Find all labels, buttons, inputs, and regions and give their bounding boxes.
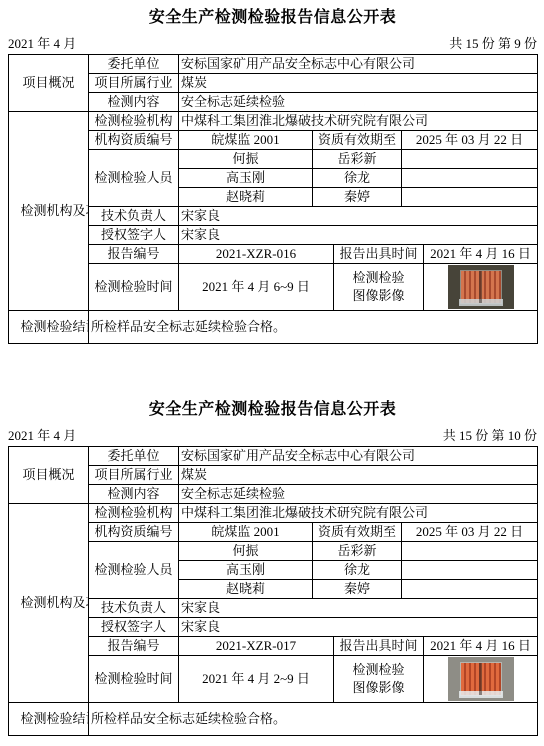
- image-label-line1: 检测检验: [336, 661, 421, 679]
- table-row: 项目概况 委托单位 安标国家矿用产品安全标志中心有限公司: [9, 447, 538, 466]
- table-row: 授权签字人 宋家良: [9, 226, 538, 245]
- page: 安全生产检测检验报告信息公开表 2021 年 4 月 共 15 份 第 9 份 …: [0, 0, 544, 746]
- client-label: 委托单位: [89, 55, 179, 74]
- staff-name: 赵晓莉: [179, 188, 313, 207]
- staff-name: 岳彩新: [313, 150, 402, 169]
- table-row: 机构资质编号 皖煤监 2001 资质有效期至 2025 年 03 月 22 日: [9, 131, 538, 150]
- report-copies: 共 15 份 第 9 份: [449, 36, 537, 52]
- qual-no-value: 皖煤监 2001: [179, 131, 313, 150]
- org-label: 检测检验机构: [89, 504, 179, 523]
- staff-name: 高玉刚: [179, 169, 313, 188]
- org-value: 中煤科工集团淮北爆破技术研究院有限公司: [179, 112, 538, 131]
- table-row: 检测检验时间 2021 年 4 月 6~9 日 检测检验 图像影像: [9, 264, 538, 311]
- report-table: 项目概况 委托单位 安标国家矿用产品安全标志中心有限公司 项目所属行业 煤炭 检…: [8, 54, 538, 344]
- staff-empty: [402, 561, 538, 580]
- staff-name: 赵晓莉: [179, 580, 313, 599]
- org-value: 中煤科工集团淮北爆破技术研究院有限公司: [179, 504, 538, 523]
- qual-no-label: 机构资质编号: [89, 131, 179, 150]
- signer-label: 授权签字人: [89, 618, 179, 637]
- report-copies: 共 15 份 第 10 份: [443, 428, 537, 444]
- org-label: 检测检验机构: [89, 112, 179, 131]
- photo-cell: [424, 656, 538, 703]
- report-no-label: 报告编号: [89, 637, 179, 656]
- qual-valid-label: 资质有效期至: [313, 131, 402, 150]
- table-row: 检测检验人员 何振 岳彩新: [9, 150, 538, 169]
- report-table: 项目概况 委托单位 安标国家矿用产品安全标志中心有限公司 项目所属行业 煤炭 检…: [8, 446, 538, 736]
- qual-valid-value: 2025 年 03 月 22 日: [402, 523, 538, 542]
- report-no-label: 报告编号: [89, 245, 179, 264]
- conclusion-value: 所检样品安全标志延续检验合格。: [89, 703, 538, 736]
- report-meta: 2021 年 4 月 共 15 份 第 10 份: [8, 428, 537, 444]
- issue-date-label: 报告出具时间: [334, 637, 424, 656]
- staff-name: 秦婷: [313, 188, 402, 207]
- table-row: 报告编号 2021-XZR-016 报告出具时间 2021 年 4 月 16 日: [9, 245, 538, 264]
- table-row: 机构资质编号 皖煤监 2001 资质有效期至 2025 年 03 月 22 日: [9, 523, 538, 542]
- table-row: 检测检验人员 何振 岳彩新: [9, 542, 538, 561]
- staff-label: 检测检验人员: [89, 542, 179, 599]
- industry-label: 项目所属行业: [89, 466, 179, 485]
- sample-photo: [448, 657, 514, 701]
- table-row: 检测检验时间 2021 年 4 月 2~9 日 检测检验 图像影像: [9, 656, 538, 703]
- table-row: 检测内容 安全标志延续检验: [9, 485, 538, 504]
- image-label: 检测检验 图像影像: [334, 656, 424, 703]
- test-time-label: 检测检验时间: [89, 264, 179, 311]
- qual-valid-value: 2025 年 03 月 22 日: [402, 131, 538, 150]
- table-row: 项目所属行业 煤炭: [9, 74, 538, 93]
- content-label: 检测内容: [89, 93, 179, 112]
- report-block-2: 安全生产检测检验报告信息公开表 2021 年 4 月 共 15 份 第 10 份…: [8, 400, 537, 736]
- staff-empty: [402, 150, 538, 169]
- staff-name: 秦婷: [313, 580, 402, 599]
- staff-name: 何振: [179, 150, 313, 169]
- section-project-label: 项目概况: [21, 74, 77, 92]
- table-row: 报告编号 2021-XZR-017 报告出具时间 2021 年 4 月 16 日: [9, 637, 538, 656]
- tech-lead-label: 技术负责人: [89, 207, 179, 226]
- section-agency-label: 检测机构及项目组情况: [21, 594, 77, 612]
- staff-empty: [402, 188, 538, 207]
- photo-cell: [424, 264, 538, 311]
- tech-lead-label: 技术负责人: [89, 599, 179, 618]
- table-row: 检测机构及项目组情况 检测检验机构 中煤科工集团淮北爆破技术研究院有限公司: [9, 112, 538, 131]
- report-month: 2021 年 4 月: [8, 428, 76, 444]
- report-title: 安全生产检测检验报告信息公开表: [8, 8, 537, 28]
- report-block-1: 安全生产检测检验报告信息公开表 2021 年 4 月 共 15 份 第 9 份 …: [8, 8, 537, 344]
- content-value: 安全标志延续检验: [179, 93, 538, 112]
- industry-label: 项目所属行业: [89, 74, 179, 93]
- table-row: 项目所属行业 煤炭: [9, 466, 538, 485]
- image-label: 检测检验 图像影像: [334, 264, 424, 311]
- signer-value: 宋家良: [179, 618, 538, 637]
- tech-lead-value: 宋家良: [179, 207, 538, 226]
- staff-empty: [402, 542, 538, 561]
- image-label-line2: 图像影像: [336, 679, 421, 697]
- qual-no-value: 皖煤监 2001: [179, 523, 313, 542]
- cartridge-bundle: [461, 663, 501, 695]
- report-meta: 2021 年 4 月 共 15 份 第 9 份: [8, 36, 537, 52]
- qual-valid-label: 资质有效期至: [313, 523, 402, 542]
- report-no-value: 2021-XZR-017: [179, 637, 334, 656]
- staff-empty: [402, 169, 538, 188]
- content-value: 安全标志延续检验: [179, 485, 538, 504]
- conclusion-value: 所检样品安全标志延续检验合格。: [89, 311, 538, 344]
- staff-empty: [402, 580, 538, 599]
- staff-name: 何振: [179, 542, 313, 561]
- signer-value: 宋家良: [179, 226, 538, 245]
- signer-label: 授权签字人: [89, 226, 179, 245]
- staff-name: 徐龙: [313, 561, 402, 580]
- staff-name: 高玉刚: [179, 561, 313, 580]
- test-time-value: 2021 年 4 月 2~9 日: [179, 656, 334, 703]
- table-row: 检测内容 安全标志延续检验: [9, 93, 538, 112]
- test-time-label: 检测检验时间: [89, 656, 179, 703]
- conclusion-label: 检测检验结论: [21, 710, 77, 728]
- cartridge-bundle: [461, 271, 501, 303]
- qual-no-label: 机构资质编号: [89, 523, 179, 542]
- table-row: 检测机构及项目组情况 检测检验机构 中煤科工集团淮北爆破技术研究院有限公司: [9, 504, 538, 523]
- staff-name: 徐龙: [313, 169, 402, 188]
- image-label-line2: 图像影像: [336, 287, 421, 305]
- section-agency: 检测机构及项目组情况: [9, 112, 89, 311]
- table-row: 检测检验结论 所检样品安全标志延续检验合格。: [9, 311, 538, 344]
- issue-date-value: 2021 年 4 月 16 日: [424, 245, 538, 264]
- image-label-line1: 检测检验: [336, 269, 421, 287]
- conclusion-label: 检测检验结论: [21, 318, 77, 336]
- content-label: 检测内容: [89, 485, 179, 504]
- client-value: 安标国家矿用产品安全标志中心有限公司: [179, 55, 538, 74]
- issue-date-value: 2021 年 4 月 16 日: [424, 637, 538, 656]
- sample-photo: [448, 265, 514, 309]
- staff-name: 岳彩新: [313, 542, 402, 561]
- section-agency-label: 检测机构及项目组情况: [21, 202, 77, 220]
- conclusion-label-cell: 检测检验结论: [9, 703, 89, 736]
- table-row: 项目概况 委托单位 安标国家矿用产品安全标志中心有限公司: [9, 55, 538, 74]
- client-value: 安标国家矿用产品安全标志中心有限公司: [179, 447, 538, 466]
- issue-date-label: 报告出具时间: [334, 245, 424, 264]
- section-project: 项目概况: [9, 55, 89, 112]
- tech-lead-value: 宋家良: [179, 599, 538, 618]
- client-label: 委托单位: [89, 447, 179, 466]
- test-time-value: 2021 年 4 月 6~9 日: [179, 264, 334, 311]
- table-row: 检测检验结论 所检样品安全标志延续检验合格。: [9, 703, 538, 736]
- table-row: 授权签字人 宋家良: [9, 618, 538, 637]
- section-agency: 检测机构及项目组情况: [9, 504, 89, 703]
- staff-label: 检测检验人员: [89, 150, 179, 207]
- section-project: 项目概况: [9, 447, 89, 504]
- conclusion-label-cell: 检测检验结论: [9, 311, 89, 344]
- industry-value: 煤炭: [179, 466, 538, 485]
- report-title: 安全生产检测检验报告信息公开表: [8, 400, 537, 420]
- section-project-label: 项目概况: [21, 466, 77, 484]
- report-month: 2021 年 4 月: [8, 36, 76, 52]
- industry-value: 煤炭: [179, 74, 538, 93]
- report-no-value: 2021-XZR-016: [179, 245, 334, 264]
